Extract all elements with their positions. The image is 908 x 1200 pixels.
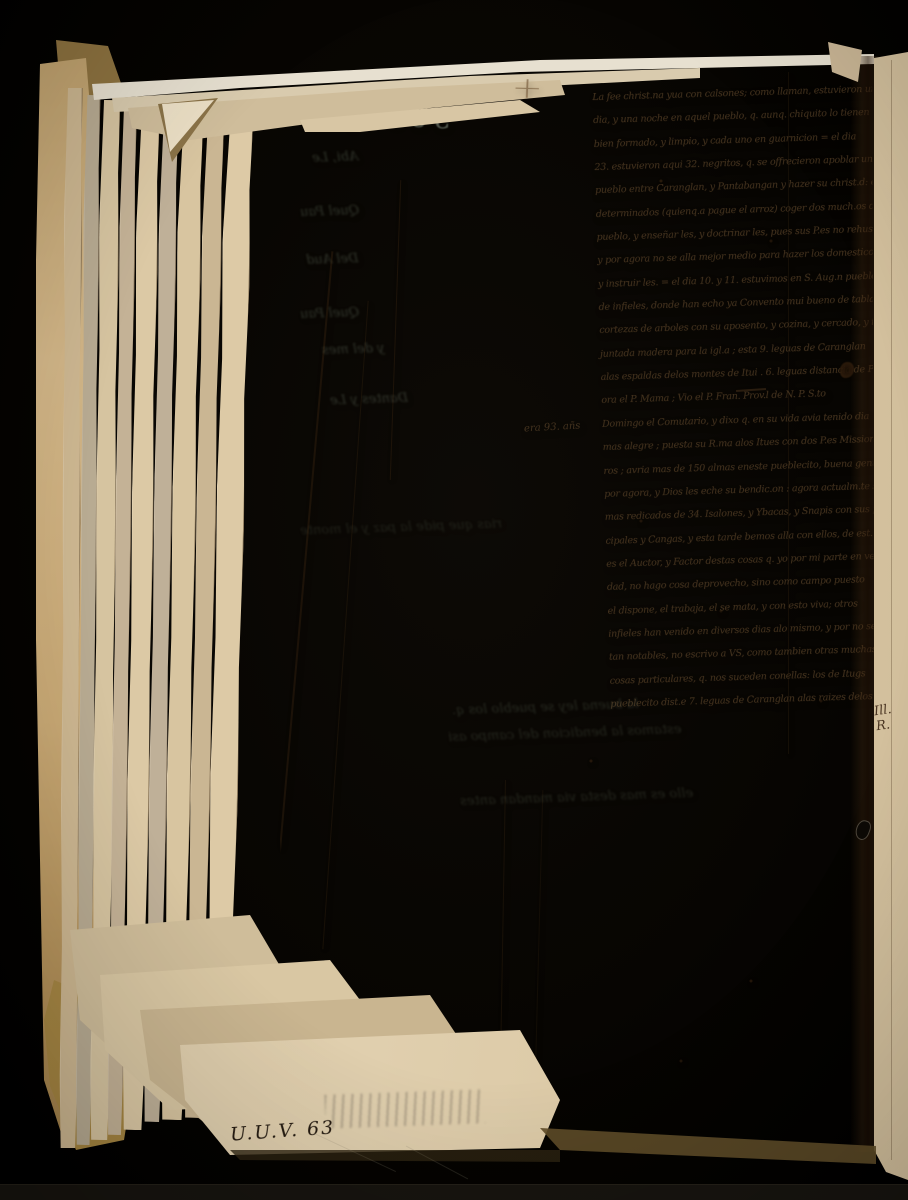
showthrough-text: ello es mas desta via mandan antes — [460, 786, 694, 809]
showthrough-text: Del Aud — [306, 251, 359, 268]
floor-strip — [0, 1184, 908, 1200]
showthrough-text: y del mes — [322, 341, 385, 358]
right-edge-scribble: Ill. R. — [873, 700, 908, 734]
showthrough-text: Dantes y Le — [330, 391, 409, 409]
showthrough-text: estamos la bendicion del campo asi — [448, 722, 682, 745]
marginal-note: era 93. añs — [524, 421, 581, 435]
showthrough-text: rias que pide la paz y el monte — [300, 516, 502, 538]
edge-smudge — [324, 1089, 485, 1129]
crease-line — [269, 251, 334, 968]
showthrough-text: Abi, Le — [312, 149, 359, 166]
faint-edge-marks: · 2 o — [718, 1085, 745, 1100]
margin-ink-blot — [412, 644, 419, 652]
crease-line — [390, 180, 401, 480]
facing-page-edge-line — [891, 60, 892, 1160]
showthrough-text: Quel Pau — [300, 203, 360, 220]
bottom-edge-scribble: U.U.V. 63 — [229, 1116, 336, 1145]
photograph-canvas: 280 Quel Pau Abi, Le Quel Pau Del Aud Qu… — [0, 0, 908, 1200]
showthrough-text: Quel Pau — [300, 305, 360, 322]
